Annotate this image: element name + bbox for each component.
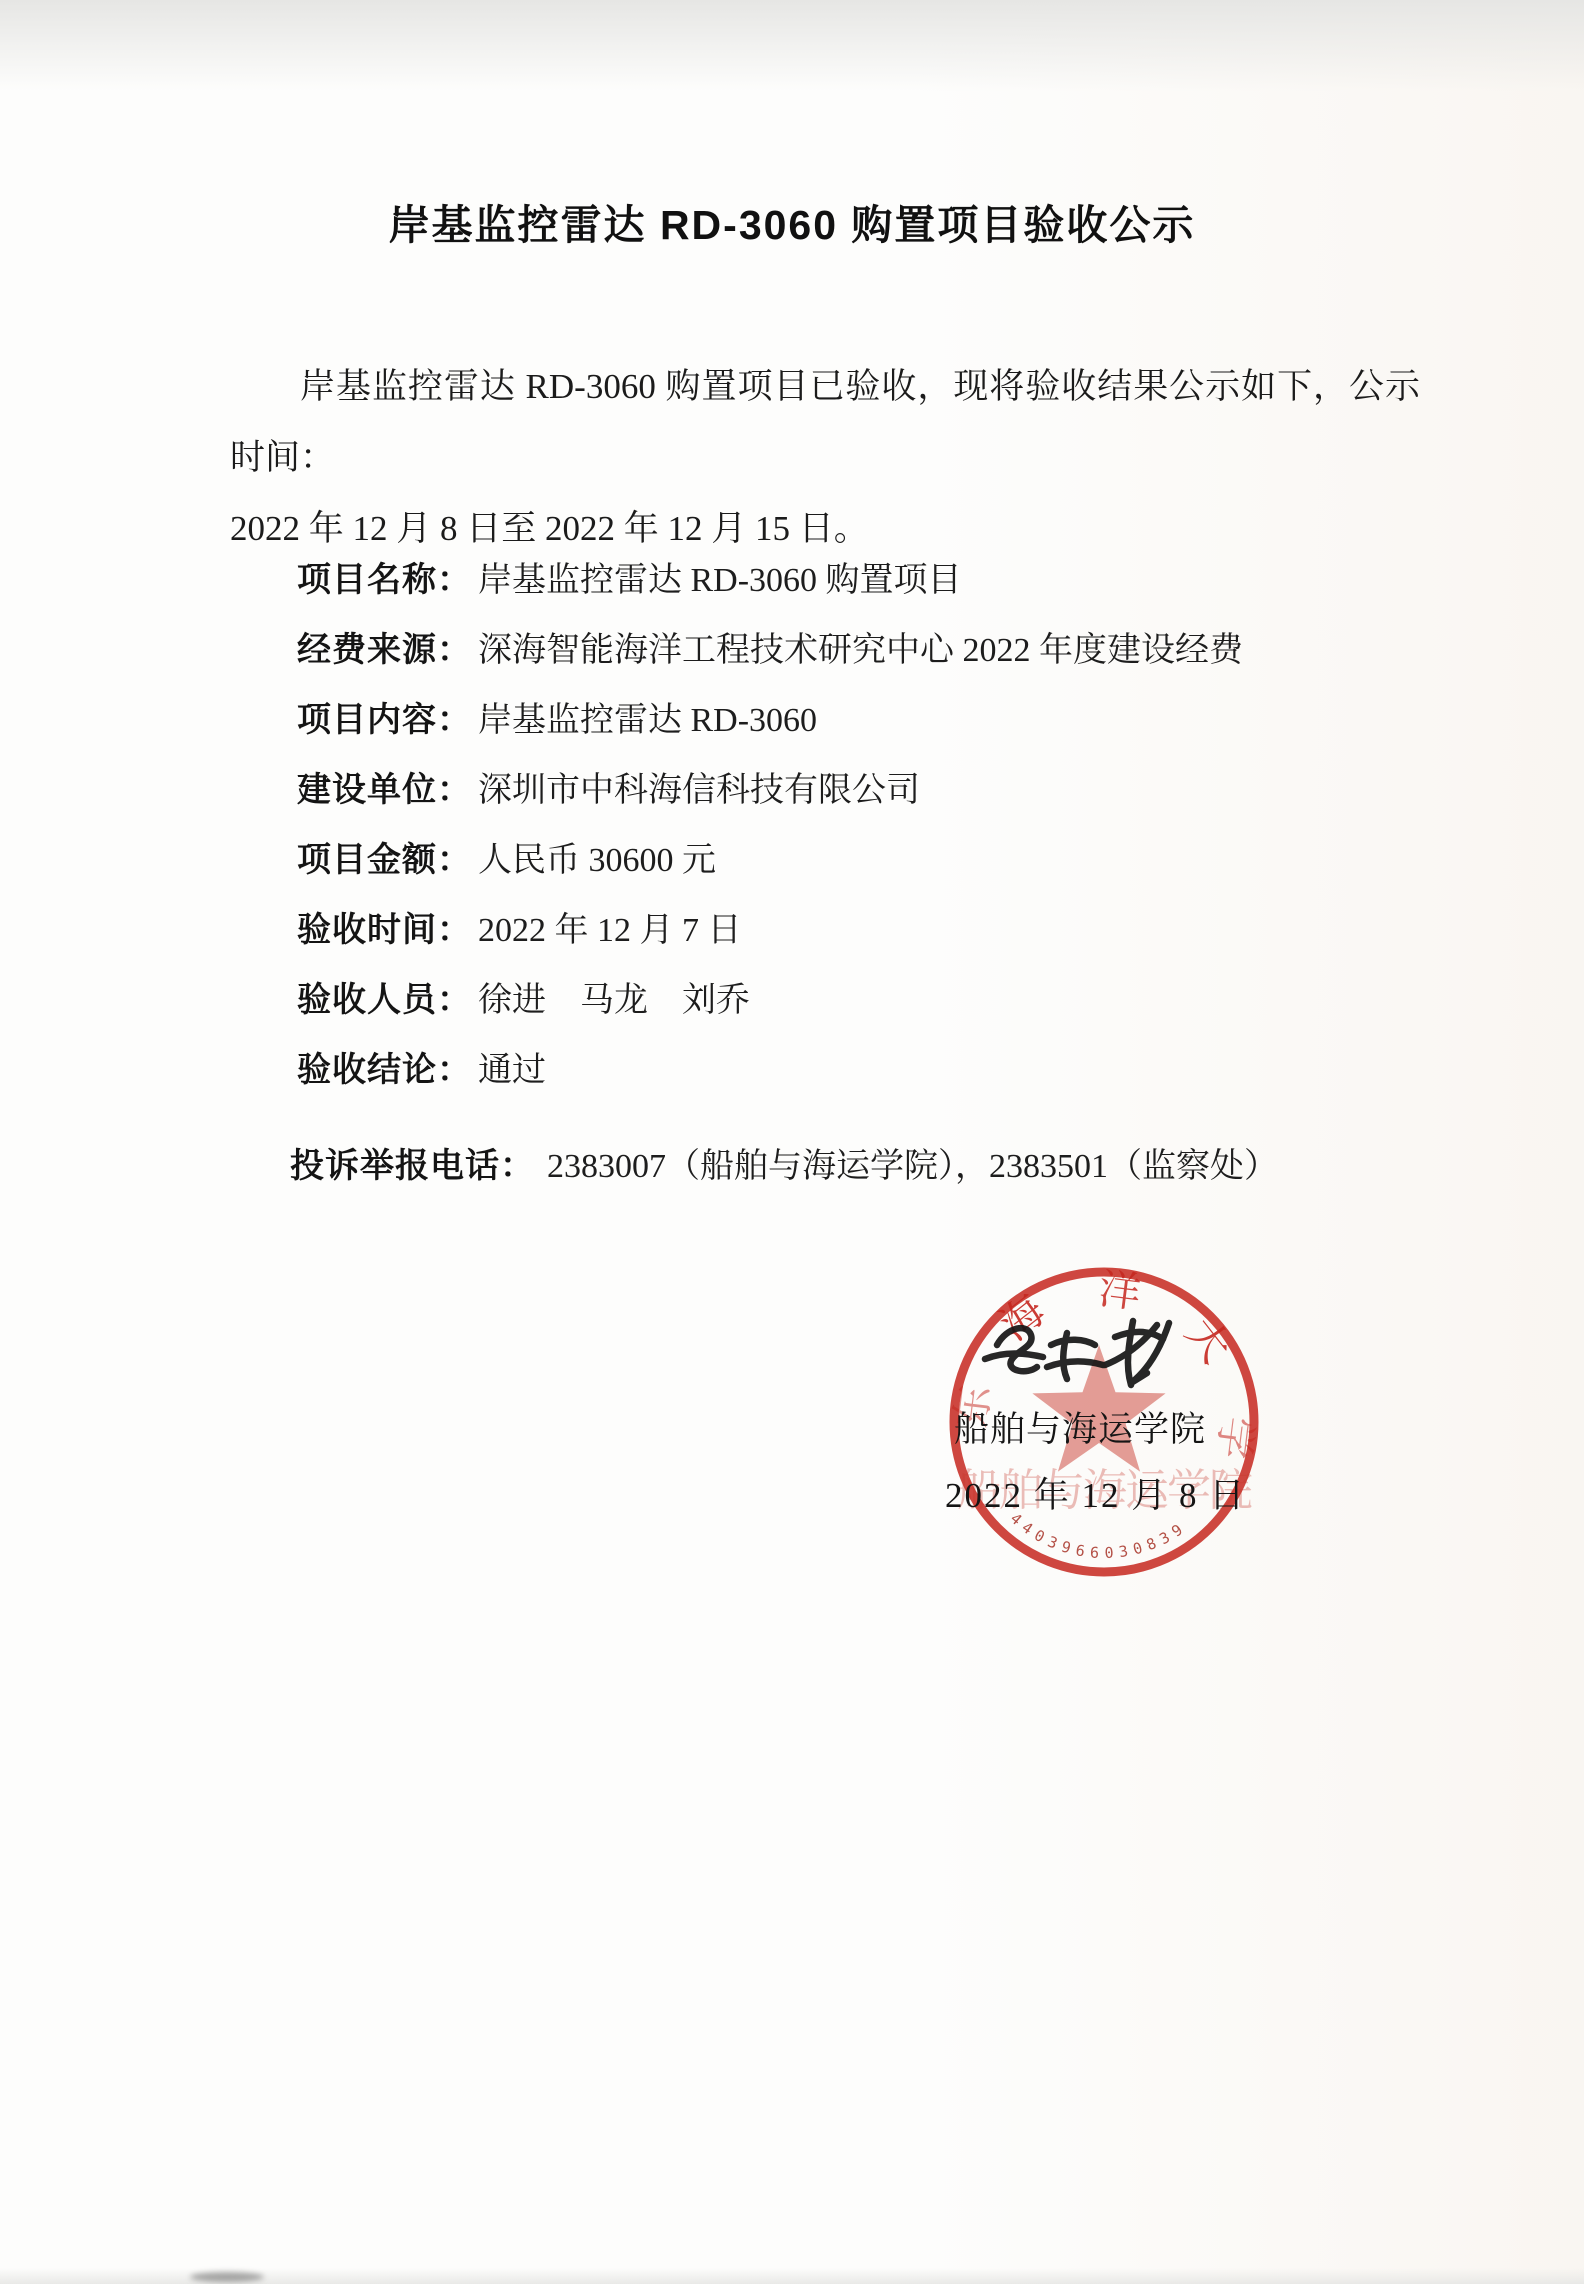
field-label: 项目名称： [297, 552, 472, 601]
field-value: 2022 年 12 月 7 日 [478, 902, 742, 951]
field-label: 建设单位： [297, 762, 472, 811]
field-row-project-name: 项目名称： 岸基监控雷达 RD-3060 购置项目 [297, 552, 1447, 622]
signoff-department: 船舶与海运学院 [954, 1402, 1206, 1452]
hotline-label: 投诉举报电话： [290, 1147, 535, 1185]
intro-paragraph: 岸基监控雷达 RD-3060 购置项目已验收，现将验收结果公示如下，公示时间： … [230, 351, 1420, 564]
field-value: 岸基监控雷达 RD-3060 [478, 692, 817, 741]
field-value: 深圳市中科海信科技有限公司 [478, 762, 920, 811]
scanned-document-page: 岸基监控雷达 RD-3060 购置项目验收公示 岸基监控雷达 RD-3060 购… [0, 0, 1584, 2284]
field-label: 验收人员： [297, 972, 472, 1021]
seal-arc-char: 学 [1209, 1414, 1260, 1461]
field-value: 徐进 马龙 刘乔 [478, 972, 750, 1021]
field-label: 验收时间： [297, 902, 472, 951]
field-list: 项目名称： 岸基监控雷达 RD-3060 购置项目 经费来源： 深海智能海洋工程… [297, 552, 1447, 1112]
seal-arc-char: 洋 [1096, 1267, 1143, 1318]
intro-line-1: 岸基监控雷达 RD-3060 购置项目已验收，现将验收结果公示如下，公示时间： [230, 351, 1420, 493]
field-value: 通过 [478, 1042, 546, 1091]
field-row-acceptance-conclusion: 验收结论： 通过 [297, 1042, 1447, 1112]
field-label: 项目金额： [297, 832, 472, 881]
hotline-value: 2383007（船舶与海运学院），2383501（监察处） [547, 1148, 1278, 1185]
seal-arc-char: 大 [1176, 1310, 1238, 1371]
scan-smudge [190, 2272, 264, 2282]
field-value: 岸基监控雷达 RD-3060 购置项目 [478, 552, 962, 601]
page-title: 岸基监控雷达 RD-3060 购置项目验收公示 [0, 192, 1584, 251]
field-label: 项目内容： [297, 692, 472, 741]
field-row-project-content: 项目内容： 岸基监控雷达 RD-3060 [297, 692, 1447, 762]
field-value: 深海智能海洋工程技术研究中心 2022 年度建设经费 [478, 622, 1243, 671]
signoff-date: 2022 年 12 月 8 日 [945, 1468, 1246, 1518]
field-row-project-amount: 项目金额： 人民币 30600 元 [297, 832, 1447, 902]
complaint-hotline: 投诉举报电话：2383007（船舶与海运学院），2383501（监察处） [290, 1138, 1278, 1187]
field-row-acceptance-date: 验收时间： 2022 年 12 月 7 日 [297, 902, 1447, 972]
handwritten-signature [985, 1321, 1169, 1385]
field-row-funding-source: 经费来源： 深海智能海洋工程技术研究中心 2022 年度建设经费 [297, 622, 1447, 692]
field-label: 经费来源： [297, 622, 472, 671]
field-row-construction-unit: 建设单位： 深圳市中科海信科技有限公司 [297, 762, 1447, 832]
field-value: 人民币 30600 元 [478, 832, 716, 881]
field-row-acceptance-personnel: 验收人员： 徐进 马龙 刘乔 [297, 972, 1447, 1042]
field-label: 验收结论： [297, 1042, 472, 1091]
